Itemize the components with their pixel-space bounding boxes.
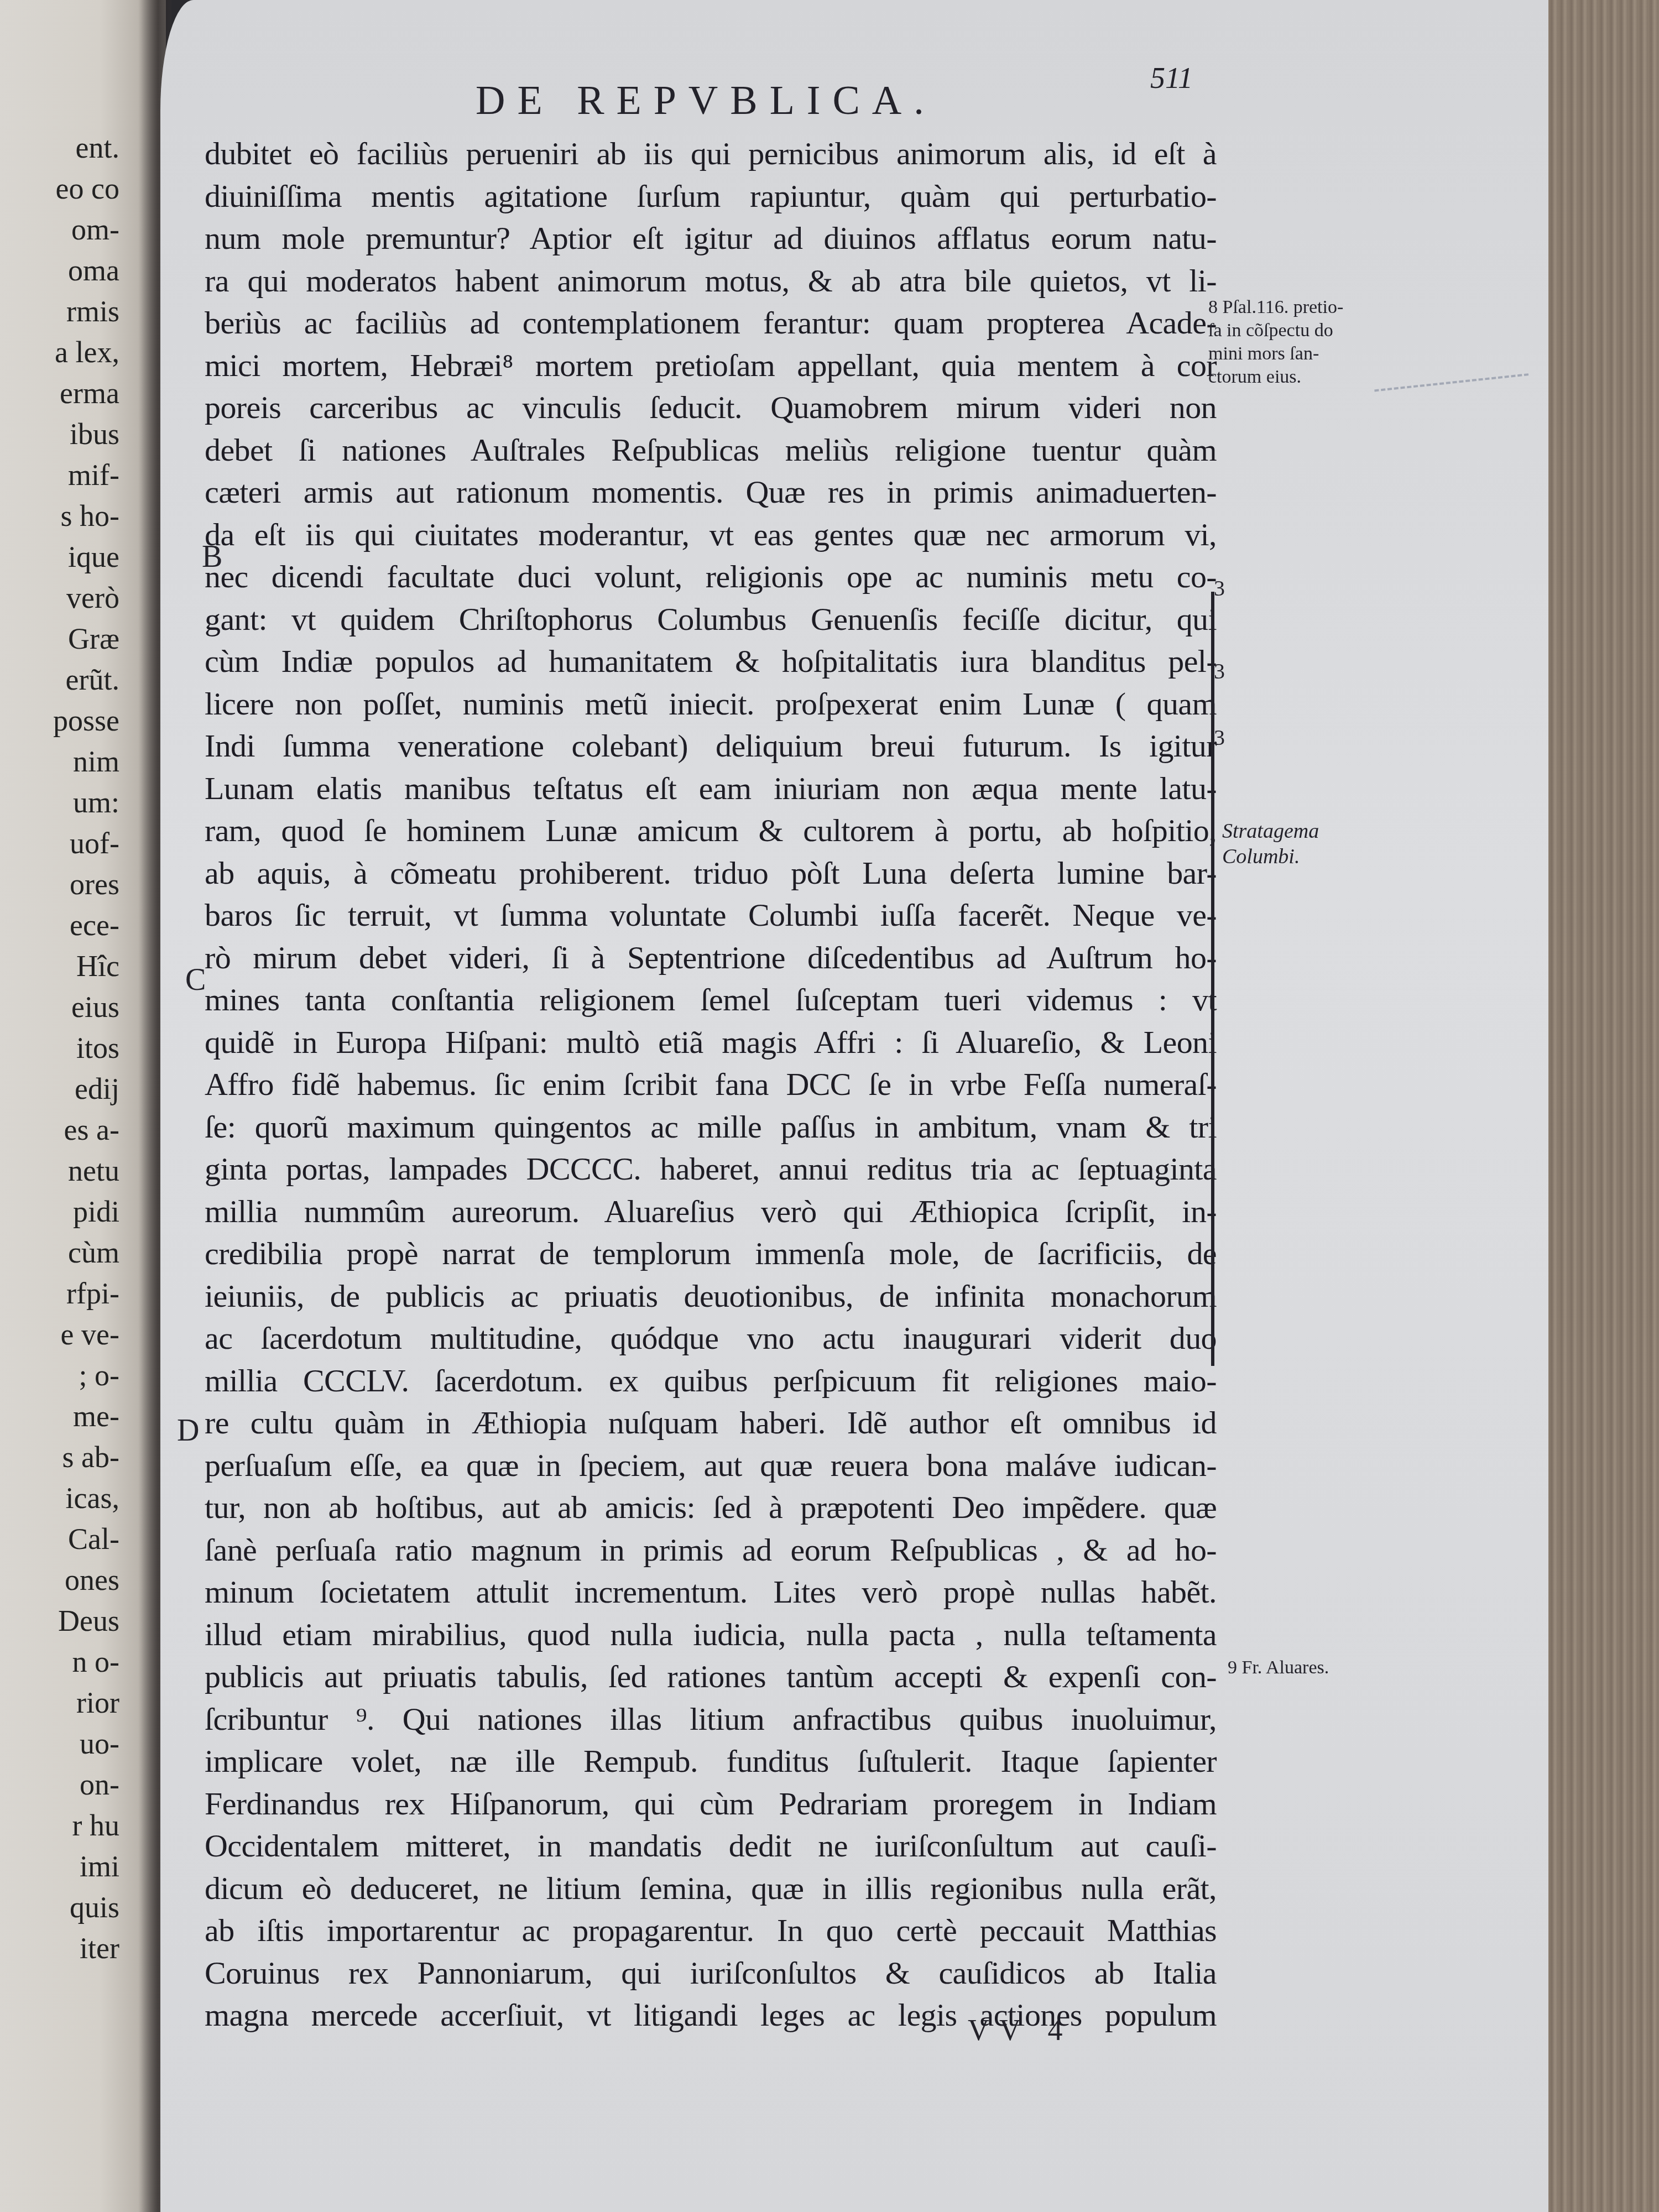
left-text-fragment: uof-	[0, 823, 122, 864]
text-line: millia nummûm aureorum. Aluareſius verò …	[205, 1191, 1217, 1233]
sidenote-alvares: 9 Fr. Aluares.	[1228, 1656, 1329, 1679]
text-line: ieiuniis, de publicis ac priuatis deuoti…	[205, 1275, 1217, 1318]
left-text-fragment: ores	[0, 864, 122, 905]
left-text-fragment: edij	[0, 1068, 122, 1109]
left-text-fragment: icas,	[0, 1478, 122, 1519]
left-text-fragment: r hu	[0, 1805, 122, 1846]
text-line: ginta portas, lampades DCCCC. haberet, a…	[205, 1148, 1217, 1191]
text-line: publicis aut priuatis tabulis, ſed ratio…	[205, 1656, 1217, 1698]
left-text-fragment: Cal-	[0, 1519, 122, 1559]
left-text-fragment: ique	[0, 536, 122, 577]
left-text-fragment: iter	[0, 1928, 122, 1969]
left-text-fragment: Græ	[0, 618, 122, 659]
left-text-fragment: rmis	[0, 291, 122, 332]
page-edges	[1548, 0, 1659, 2212]
text-line: Ferdinandus rex Hiſpanorum, qui cùm Pedr…	[205, 1783, 1217, 1825]
text-line: ab iſtis importarentur ac propagarentur.…	[205, 1910, 1217, 1952]
bracket-number: 3	[1214, 658, 1225, 684]
left-text-fragment: ones	[0, 1559, 122, 1600]
text-line: ſe: quorũ maximum quingentos ac mille pa…	[205, 1106, 1217, 1149]
left-text-fragment: ; o-	[0, 1355, 122, 1396]
text-line: ac ſacerdotum multitudine, quódque vno a…	[205, 1317, 1217, 1360]
text-line: dicum eò deduceret, ne litium ſemina, qu…	[205, 1867, 1217, 1910]
left-text-fragment: erma	[0, 373, 122, 414]
text-line: ſcribuntur ⁹. Qui nationes illas litium …	[205, 1698, 1217, 1741]
main-text-block: dubitet eò faciliùs perueniri ab iis qui…	[205, 133, 1217, 2037]
text-line: Lunam elatis manibus teſtatus eſt eam in…	[205, 768, 1217, 810]
section-marker-d: D	[177, 1413, 199, 1448]
left-text-fragment: cùm	[0, 1232, 122, 1273]
text-line: re cultu quàm in Æthiopia nuſquam haberi…	[205, 1402, 1217, 1444]
left-text-fragment: a lex,	[0, 332, 122, 373]
text-line: ſanè perſuaſa ratio magnum in primis ad …	[205, 1529, 1217, 1572]
sidenote-line: ſa in cõſpectu do	[1208, 319, 1343, 342]
text-line: licere non poſſet, numinis metũ iniecit.…	[205, 683, 1217, 726]
sidenote-line: mini mors ſan-	[1208, 342, 1343, 366]
text-line: quidẽ in Europa Hiſpani: multò etiã magi…	[205, 1021, 1217, 1064]
sidenote-stratagema: Stratagema Columbi.	[1222, 818, 1319, 869]
text-line: diuiniſſima mentis agitatione ſurſum rap…	[205, 175, 1217, 218]
text-line: minum ſocietatem attulit incrementum. Li…	[205, 1571, 1217, 1614]
left-text-fragment: netu	[0, 1150, 122, 1191]
left-text-fragment: ibus	[0, 414, 122, 455]
left-page-text-fragments: ent.eo coom-omarmisa lex,ermaibusmif-s h…	[0, 127, 122, 1969]
section-marker-c: C	[185, 962, 206, 998]
text-line: beriùs ac faciliùs ad contemplationem fe…	[205, 302, 1217, 345]
text-line: debet ſi nationes Auſtrales Reſpublicas …	[205, 429, 1217, 472]
left-text-fragment: quis	[0, 1887, 122, 1928]
signature-mark: VV 4	[968, 2013, 1073, 2047]
text-line: cæteri armis aut rationum momentis. Quæ …	[205, 471, 1217, 514]
text-line: mines tanta conſtantia religionem ſemel …	[205, 979, 1217, 1021]
text-line: da eſt iis qui ciuitates moderantur, vt …	[205, 514, 1217, 556]
text-line: baros ſic terruit, vt ſumma voluntate Co…	[205, 894, 1217, 937]
text-line: Affro fidẽ habemus. ſic enim ſcribit fan…	[205, 1063, 1217, 1106]
left-text-fragment: imi	[0, 1846, 122, 1887]
text-line: illud etiam mirabilius, quod nulla iudic…	[205, 1614, 1217, 1656]
text-line: mici mortem, Hebræi⁸ mortem pretioſam ap…	[205, 345, 1217, 387]
left-text-fragment: itos	[0, 1027, 122, 1068]
left-text-fragment: n o-	[0, 1641, 122, 1682]
text-line: Occidentalem mitteret, in mandatis dedit…	[205, 1825, 1217, 1867]
sidenote-line: Columbi.	[1222, 844, 1319, 869]
signature-letters: VV	[968, 2013, 1030, 2047]
left-text-fragment: ece-	[0, 905, 122, 946]
left-text-fragment: nim	[0, 741, 122, 782]
sidenote-line: 8 Pſal.116. pretio-	[1208, 296, 1343, 319]
sidenote-line: Stratagema	[1222, 818, 1319, 844]
text-line: cùm Indiæ populos ad humanitatem & hoſpi…	[205, 640, 1217, 683]
page-number: 511	[1150, 61, 1193, 95]
text-line: tur, non ab hoſtibus, aut ab amicis: ſed…	[205, 1486, 1217, 1529]
text-line: millia CCCLV. ſacerdotum. ex quibus perſ…	[205, 1360, 1217, 1402]
left-text-fragment: e ve-	[0, 1314, 122, 1355]
text-line: dubitet eò faciliùs perueniri ab iis qui…	[205, 133, 1217, 175]
section-marker-b: B	[202, 539, 222, 575]
text-line: credibilia propè narrat de templorum imm…	[205, 1233, 1217, 1275]
text-line: ram, quod ſe hominem Lunæ amicum & culto…	[205, 810, 1217, 852]
left-text-fragment: es a-	[0, 1109, 122, 1150]
text-line: ra qui moderatos habent animorum motus, …	[205, 260, 1217, 302]
left-text-fragment: erũt.	[0, 659, 122, 700]
left-text-fragment: eius	[0, 987, 122, 1027]
sidenote-line: ctorum eius.	[1208, 366, 1343, 389]
text-line: rò mirum debet videri, ſi à Septentrione…	[205, 937, 1217, 979]
left-text-fragment: ent.	[0, 127, 122, 168]
left-text-fragment: eo co	[0, 168, 122, 209]
left-text-fragment: om-	[0, 209, 122, 250]
text-line: Coruinus rex Pannoniarum, qui iuriſconſu…	[205, 1952, 1217, 1995]
margin-bracket	[1211, 592, 1219, 1366]
left-text-fragment: pidi	[0, 1191, 122, 1232]
signature-number: 4	[1048, 2013, 1073, 2047]
bracket-number: 3	[1214, 575, 1225, 601]
left-text-fragment: me-	[0, 1396, 122, 1437]
left-text-fragment: um:	[0, 782, 122, 823]
text-line: num mole premuntur? Aptior eſt igitur ad…	[205, 217, 1217, 260]
left-text-fragment: Hîc	[0, 946, 122, 987]
left-text-fragment: s ho-	[0, 495, 122, 536]
left-text-fragment: on-	[0, 1764, 122, 1805]
left-text-fragment: rfpi-	[0, 1273, 122, 1314]
bracket-number: 3	[1214, 724, 1225, 750]
left-text-fragment: verò	[0, 577, 122, 618]
text-line: implicare volet, næ ille Rempub. funditu…	[205, 1740, 1217, 1783]
left-text-fragment: s ab-	[0, 1437, 122, 1478]
left-text-fragment: posse	[0, 700, 122, 741]
running-head: DE REPVBLICA.	[476, 77, 936, 124]
text-line: perſuaſum eſſe, ea quæ in ſpeciem, aut q…	[205, 1444, 1217, 1487]
left-text-fragment: uo-	[0, 1723, 122, 1764]
text-line: gant: vt quidem Chriſtophorus Columbus G…	[205, 598, 1217, 641]
text-line: Indi ſumma veneratione colebant) deliqui…	[205, 725, 1217, 768]
sidenote-psalm: 8 Pſal.116. pretio- ſa in cõſpectu do mi…	[1208, 296, 1343, 389]
left-text-fragment: oma	[0, 250, 122, 291]
text-line: poreis carceribus ac vinculis ſeducit. Q…	[205, 387, 1217, 429]
left-text-fragment: mif-	[0, 455, 122, 495]
text-line: nec dicendi facultate duci volunt, relig…	[205, 556, 1217, 598]
text-line: ab aquis, à cõmeatu prohiberent. triduo …	[205, 852, 1217, 895]
left-text-fragment: Deus	[0, 1600, 122, 1641]
left-text-fragment: rior	[0, 1682, 122, 1723]
